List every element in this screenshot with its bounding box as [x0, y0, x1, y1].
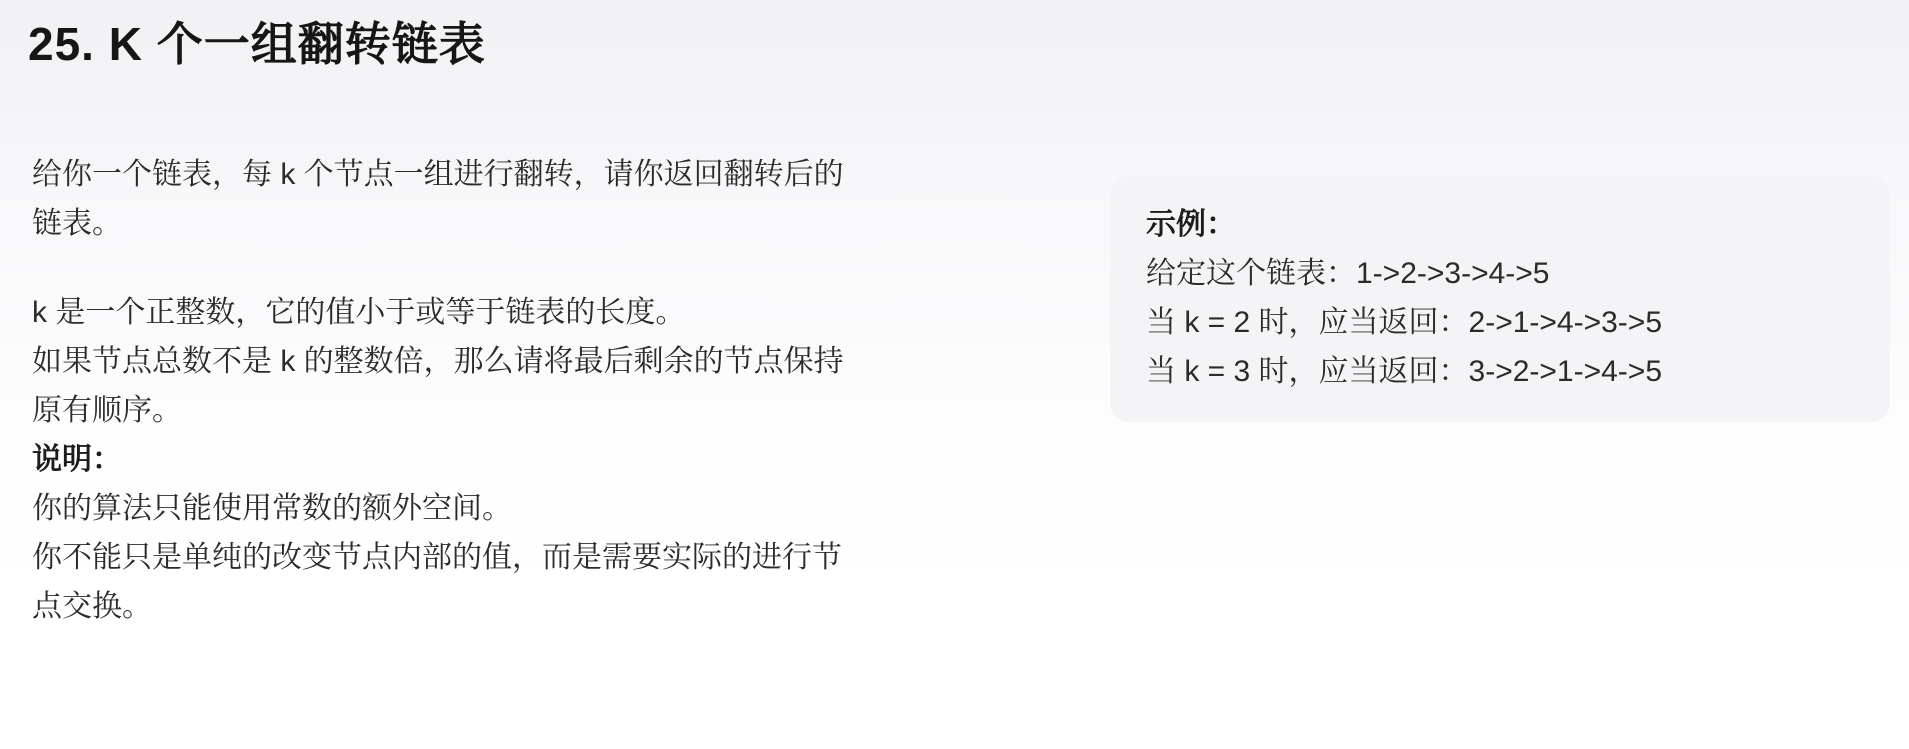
example-line-k3: 当 k = 3 时，应当返回：3->2->1->4->5	[1146, 347, 1854, 396]
text-line: 点交换。	[32, 582, 812, 631]
text-line: 你不能只是单纯的改变节点内部的值，而是需要实际的进行节	[32, 533, 812, 582]
text-line: k 是一个正整数，它的值小于或等于链表的长度。	[32, 288, 812, 337]
problem-title: 25. K 个一组翻转链表	[28, 8, 486, 74]
example-line-input: 给定这个链表：1->2->3->4->5	[1146, 249, 1854, 298]
example-heading: 示例：	[1146, 200, 1854, 249]
problem-description: 给你一个链表，每 k 个节点一组进行翻转，请你返回翻转后的 链表。 k 是一个正…	[32, 150, 812, 631]
description-paragraph-1: 给你一个链表，每 k 个节点一组进行翻转，请你返回翻转后的 链表。	[32, 150, 812, 248]
text-line: 你的算法只能使用常数的额外空间。	[32, 484, 812, 533]
text-line: 给你一个链表，每 k 个节点一组进行翻转，请你返回翻转后的	[32, 150, 812, 199]
note-heading: 说明：	[32, 435, 812, 484]
text-line: 链表。	[32, 199, 812, 248]
text-line: 如果节点总数不是 k 的整数倍，那么请将最后剩余的节点保持	[32, 337, 812, 386]
description-paragraph-2: k 是一个正整数，它的值小于或等于链表的长度。 如果节点总数不是 k 的整数倍，…	[32, 288, 812, 435]
example-line-k2: 当 k = 2 时，应当返回：2->1->4->3->5	[1146, 298, 1854, 347]
text-line: 原有顺序。	[32, 386, 812, 435]
example-card: 示例： 给定这个链表：1->2->3->4->5 当 k = 2 时，应当返回：…	[1110, 176, 1890, 422]
note-section: 说明： 你的算法只能使用常数的额外空间。 你不能只是单纯的改变节点内部的值，而是…	[32, 435, 812, 631]
